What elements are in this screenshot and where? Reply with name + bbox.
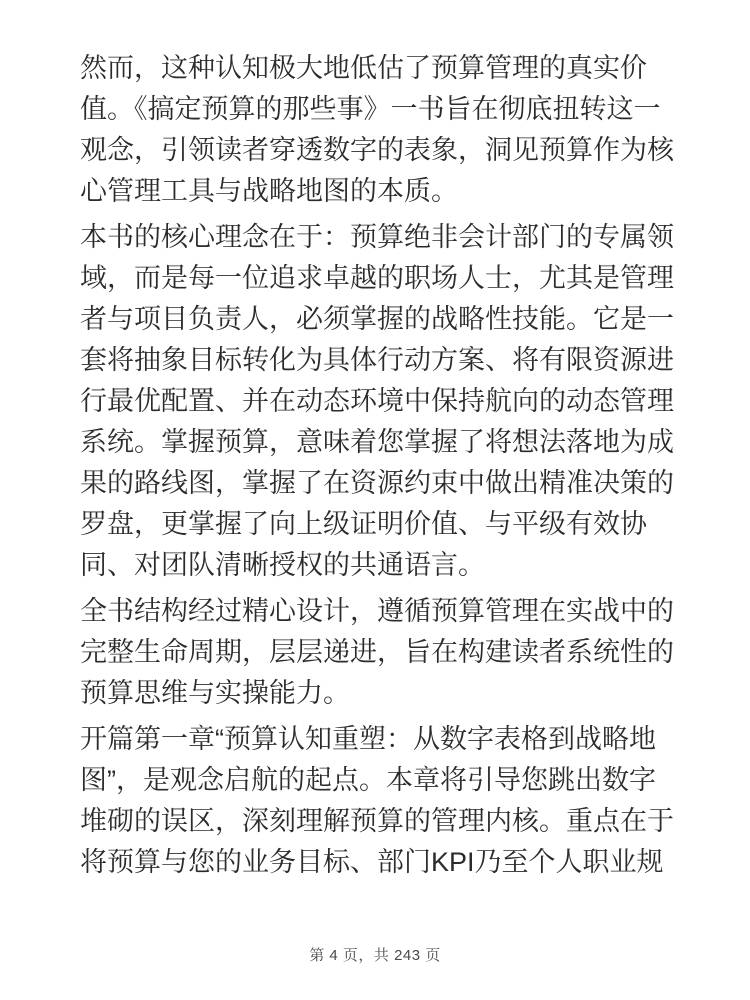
paragraph-1: 然而，这种认知极大地低估了预算管理的真实价值。《搞定预算的那些事》一书旨在彻底扭… <box>80 48 680 212</box>
page-indicator: 第 4 页，共 243 页 <box>0 946 750 966</box>
ebook-reader-page: 然而，这种认知极大地低估了预算管理的真实价值。《搞定预算的那些事》一书旨在彻底扭… <box>0 0 750 1000</box>
paragraph-3: 全书结构经过精心设计，遵循预算管理在实战中的完整生命周期，层层递进，旨在构建读者… <box>80 591 680 714</box>
page-text-body: 然而，这种认知极大地低估了预算管理的真实价值。《搞定预算的那些事》一书旨在彻底扭… <box>80 48 680 883</box>
paragraph-2: 本书的核心理念在于：预算绝非会计部门的专属领域，而是每一位追求卓越的职场人士，尤… <box>80 217 680 586</box>
paragraph-4: 开篇第一章“预算认知重塑：从数字表格到战略地图”，是观念启航的起点。本章将引导您… <box>80 719 680 883</box>
